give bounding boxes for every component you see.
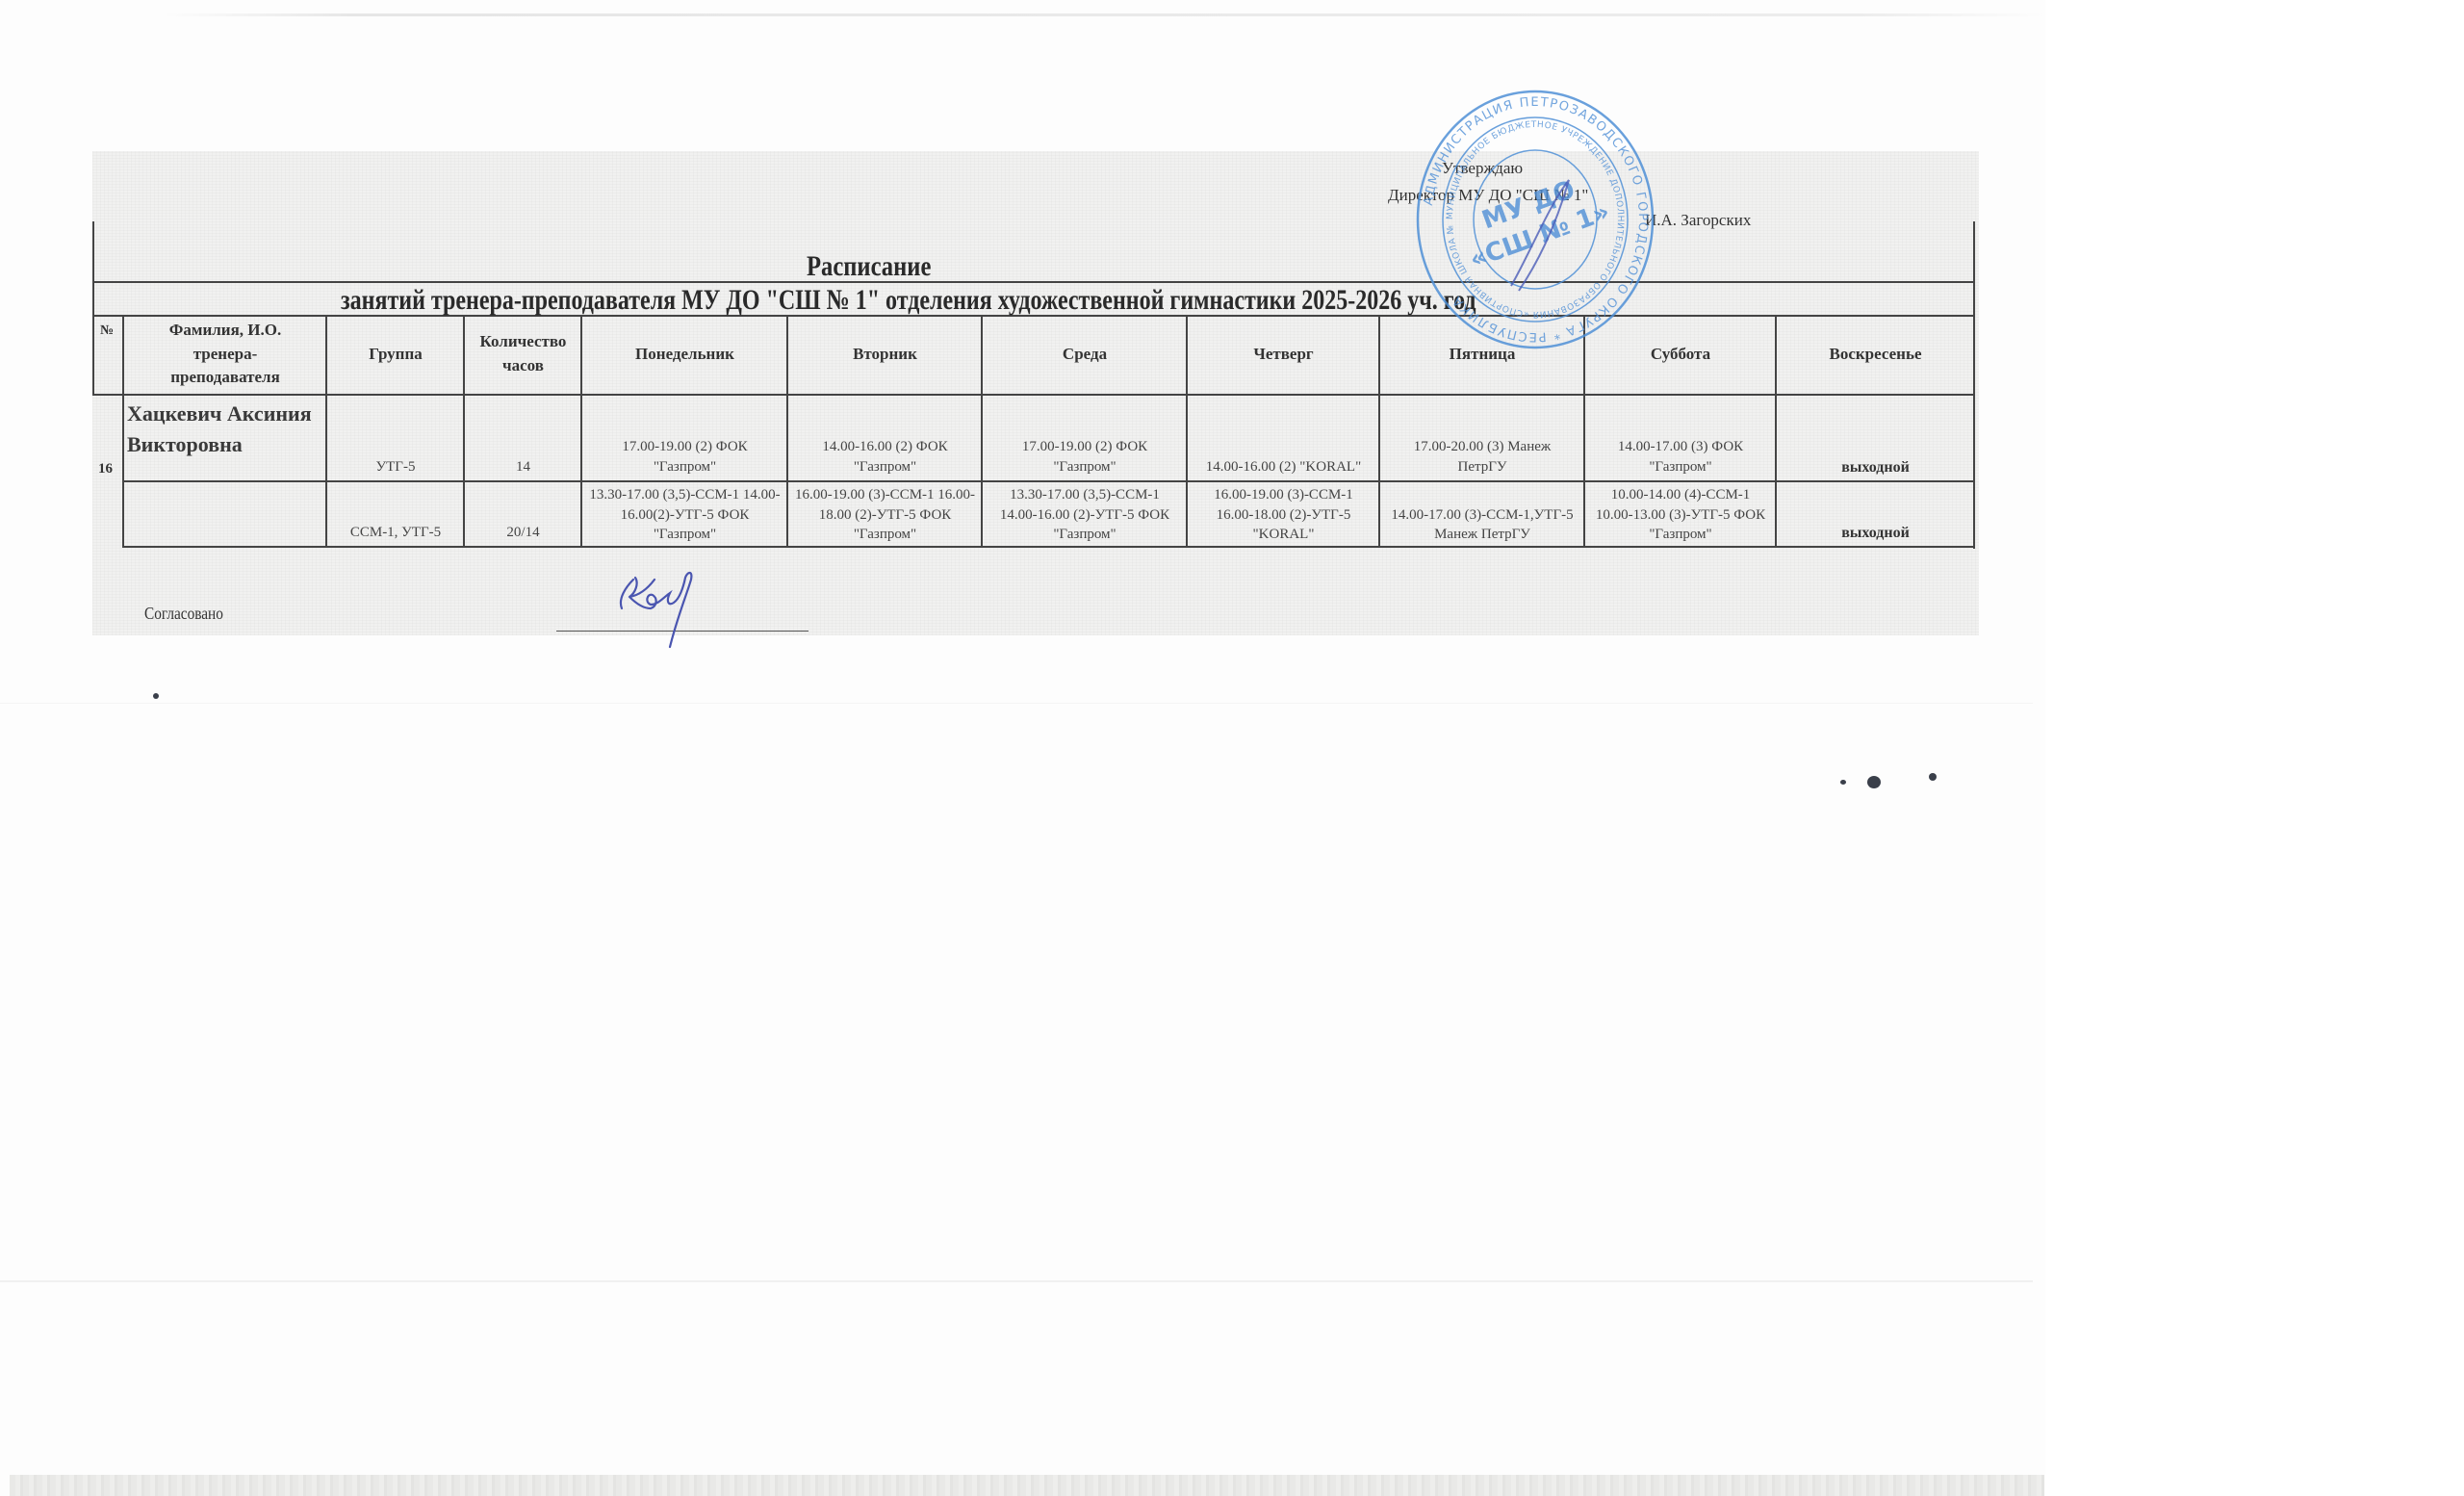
cell-line: 16.00-18.00 (2)-УТГ-5 <box>1217 505 1351 525</box>
director-name: И.А. Загорских <box>1645 212 1751 228</box>
cell-line: 13.30-17.00 (3,5)-ССМ-1 14.00- <box>589 485 780 504</box>
cell-line: "Газпром" <box>854 525 916 544</box>
document-subtitle-text: занятий тренера-преподавателя МУ ДО "СШ … <box>341 286 1476 315</box>
header-name-line: Фамилия, И.О. <box>169 319 281 343</box>
header-thursday-text: Четверг <box>1253 343 1313 367</box>
cell-line: 14.00-16.00 (2) ФОК <box>822 437 947 458</box>
cell-wednesday: 17.00-19.00 (2) ФОК "Газпром" <box>983 396 1187 480</box>
cell-wednesday: 13.30-17.00 (3,5)-ССМ-1 14.00-16.00 (2)-… <box>983 482 1187 546</box>
trainer-name-line: Викторовна <box>127 429 312 460</box>
cell-line: 18.00 (2)-УТГ-5 ФОК <box>819 505 952 525</box>
cell-group: ССМ-1, УТГ-5 <box>327 482 464 546</box>
header-sunday-text: Воскресенье <box>1829 343 1921 367</box>
header-hours-line: Количество <box>480 330 567 354</box>
row-number: 16 <box>98 462 113 477</box>
title-row-divider <box>92 281 1975 283</box>
cell-friday: 14.00-17.00 (3)-ССМ-1,УТГ-5 Манеж ПетрГУ <box>1380 482 1584 546</box>
header-wednesday: Среда <box>983 317 1187 394</box>
cell-sunday: выходной <box>1777 482 1974 546</box>
header-tuesday-text: Вторник <box>853 343 917 367</box>
cell-thursday: 16.00-19.00 (3)-ССМ-1 16.00-18.00 (2)-УТ… <box>1188 482 1379 546</box>
cell-line: 13.30-17.00 (3,5)-ССМ-1 <box>1010 485 1160 504</box>
cell-group-text: УТГ-5 <box>376 457 416 478</box>
cell-line: 10.00-13.00 (3)-УТГ-5 ФОК <box>1596 505 1765 525</box>
cell-line: "Газпром" <box>1649 525 1711 544</box>
official-stamp-icon: АДМИНИСТРАЦИЯ ПЕТРОЗАВОДСКОГО ГОРОДСКОГО… <box>1415 89 1655 350</box>
handwritten-signature-icon <box>597 558 751 655</box>
cell-line: 16.00-19.00 (3)-ССМ-1 16.00- <box>795 485 975 504</box>
header-thursday: Четверг <box>1188 317 1379 394</box>
cell-tuesday: 16.00-19.00 (3)-ССМ-1 16.00- 18.00 (2)-У… <box>788 482 982 546</box>
cell-line: 14.00-17.00 (3)-ССМ-1,УТГ-5 <box>1391 505 1573 525</box>
cell-line: выходной <box>1841 456 1910 478</box>
cell-hours: 20/14 <box>465 482 581 546</box>
cell-monday: 17.00-19.00 (2) ФОК "Газпром" <box>582 396 787 480</box>
scan-artifact-line <box>164 13 2045 16</box>
cell-sunday: выходной <box>1777 396 1974 480</box>
document-title-text: Расписание <box>807 252 931 281</box>
cell-line: выходной <box>1841 522 1910 544</box>
header-name-line: преподавателя <box>170 366 280 390</box>
header-hours: Количество часов <box>465 317 581 394</box>
cell-line: 16.00-19.00 (3)-ССМ-1 <box>1214 485 1353 504</box>
scan-speck <box>1929 773 1937 781</box>
cell-group-text: ССМ-1, УТГ-5 <box>350 523 441 544</box>
header-name: Фамилия, И.О. тренера- преподавателя <box>124 317 326 394</box>
cell-saturday: 14.00-17.00 (3) ФОК "Газпром" <box>1585 396 1776 480</box>
scan-artifact-line <box>0 703 2033 704</box>
scan-artifact-line <box>0 1280 2033 1282</box>
cell-line: "Газпром" <box>654 457 716 478</box>
header-monday: Понедельник <box>582 317 787 394</box>
cell-line: 14.00-16.00 (2)-УТГ-5 ФОК <box>1000 505 1169 525</box>
cell-line: ПетрГУ <box>1457 457 1506 478</box>
cell-tuesday: 14.00-16.00 (2) ФОК "Газпром" <box>788 396 982 480</box>
scan-speck <box>153 693 159 699</box>
cell-line: "Газпром" <box>1053 525 1116 544</box>
cell-hours: 14 <box>465 396 581 480</box>
cell-monday: 13.30-17.00 (3,5)-ССМ-1 14.00- 16.00(2)-… <box>582 482 787 546</box>
header-tuesday: Вторник <box>788 317 982 394</box>
cell-line: "Газпром" <box>654 525 716 544</box>
cell-line: "Газпром" <box>1649 457 1711 478</box>
trainer-name-line: Хацкевич Аксиния <box>127 399 312 429</box>
cell-saturday: 10.00-14.00 (4)-ССМ-1 10.00-13.00 (3)-УТ… <box>1585 482 1776 546</box>
header-hours-line: часов <box>502 354 544 378</box>
agreed-label: Согласовано <box>144 605 237 622</box>
cell-friday: 17.00-20.00 (3) Манеж ПетрГУ <box>1380 396 1584 480</box>
header-monday-text: Понедельник <box>635 343 734 367</box>
cell-line: 14.00-16.00 (2) "KORAL" <box>1206 457 1361 478</box>
document-title: Расписание <box>807 252 959 281</box>
table-border-left <box>92 221 94 396</box>
header-saturday-text: Суббота <box>1651 343 1710 367</box>
header-group-text: Группа <box>369 343 423 367</box>
header-group: Группа <box>327 317 464 394</box>
scan-speck <box>1840 780 1846 785</box>
header-sunday: Воскресенье <box>1777 317 1974 394</box>
cell-line: Манеж ПетрГУ <box>1434 525 1530 544</box>
cell-hours-text: 20/14 <box>506 523 539 544</box>
cell-line: 17.00-19.00 (2) ФОК <box>622 437 747 458</box>
cell-thursday: 14.00-16.00 (2) "KORAL" <box>1188 396 1379 480</box>
cell-line: 16.00(2)-УТГ-5 ФОК <box>621 505 750 525</box>
header-name-line: тренера- <box>193 343 258 367</box>
scan-speck <box>1867 776 1881 788</box>
cell-hours-text: 14 <box>516 457 530 478</box>
cell-group: УТГ-5 <box>327 396 464 480</box>
table-bottom-border <box>123 546 1975 548</box>
cell-line: 14.00-17.00 (3) ФОК <box>1618 437 1743 458</box>
header-wednesday-text: Среда <box>1063 343 1107 367</box>
header-num: № <box>100 322 114 341</box>
cell-line: "KORAL" <box>1253 525 1315 544</box>
trainer-name: Хацкевич Аксиния Викторовна <box>127 399 312 460</box>
scan-edge-band <box>10 1475 2044 1496</box>
agreed-label-text: Согласовано <box>144 605 223 622</box>
cell-line: 17.00-20.00 (3) Манеж <box>1414 437 1552 458</box>
cell-line: 17.00-19.00 (2) ФОК <box>1022 437 1147 458</box>
cell-line: 10.00-14.00 (4)-ССМ-1 <box>1611 485 1751 504</box>
cell-line: "Газпром" <box>854 457 916 478</box>
cell-line: "Газпром" <box>1053 457 1116 478</box>
